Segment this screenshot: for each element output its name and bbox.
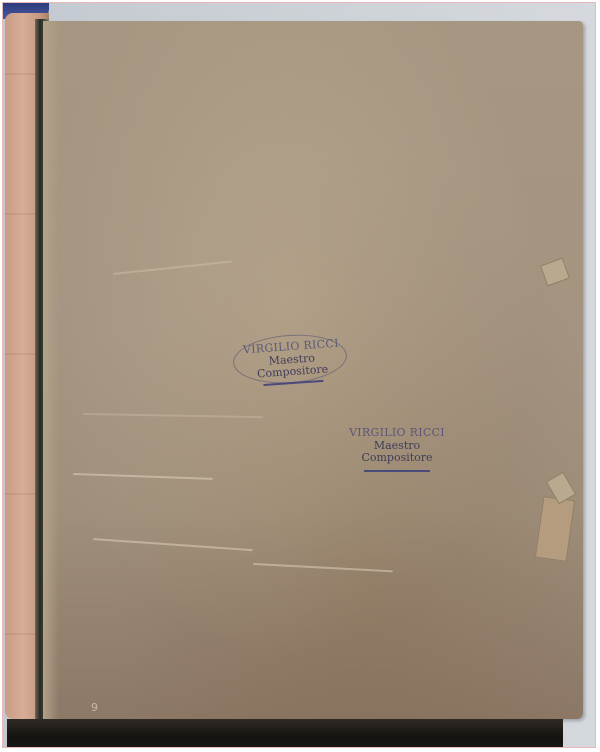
photo-frame: VIRGILIO RICCI Maestro Compositore VIRGI… — [2, 2, 596, 748]
stamp-name: VIRGILIO RICCI — [337, 427, 457, 440]
owner-stamp-plain: VIRGILIO RICCI Maestro Compositore — [337, 427, 457, 472]
endpaper-edge — [43, 21, 59, 719]
stamp-title: Maestro Compositore — [337, 440, 457, 465]
corner-mark: 9 — [91, 701, 98, 714]
stamp-underline — [364, 470, 430, 472]
owner-stamp-oval: VIRGILIO RICCI Maestro Compositore — [236, 337, 349, 387]
book-bottom-edge — [7, 719, 563, 748]
